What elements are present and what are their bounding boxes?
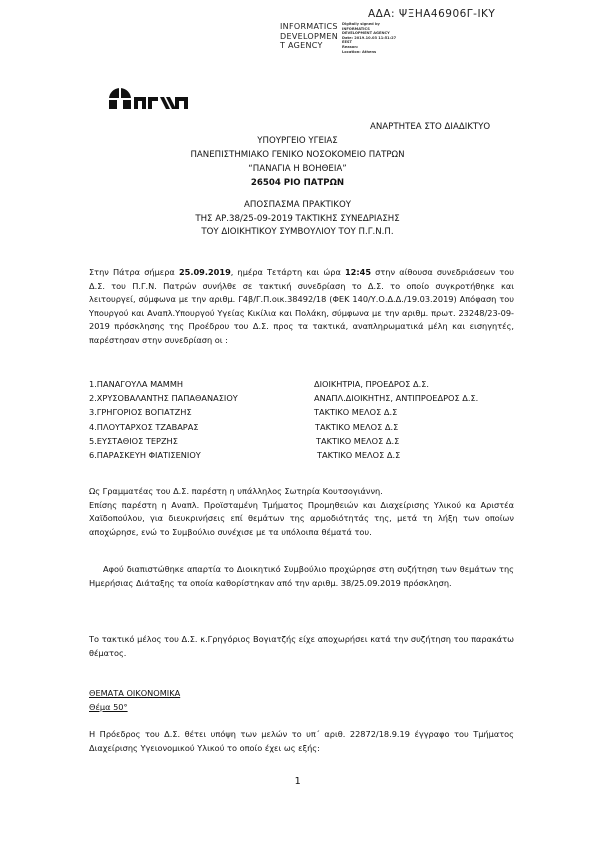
topic-number: Θέμα 50° [89,701,514,715]
hospital-name: “ΠΑΝΑΓΙΑ Η ΒΟΗΘΕΙΑ” [0,162,595,176]
section-heading: ΘΕΜΑΤΑ ΟΙΚΟΝΟΜΙΚΑ [89,687,514,701]
attendee-row: 5.ΕΥΣΤΑΘΙΟΣ ΤΕΡΖΗΣΤΑΚΤΙΚΟ ΜΕΛΟΣ Δ.Σ [89,434,478,448]
meeting-time: 12:45 [345,267,371,277]
page-number: 1 [0,776,595,787]
quorum-paragraph: Αφού διαπιστώθηκε απαρτία το Διοικητικό … [89,563,514,590]
post-online-tag: ΑΝΑΡΤΗΤΕΑ ΣΤΟ ΔΙΑΔΙΚΤΥΟ [370,122,490,132]
attendee-name: 5.ΕΥΣΤΑΘΙΟΣ ΤΕΡΖΗΣ [89,434,314,448]
hospital-full-name: ΠΑΝΕΠΙΣΤΗΜΙΑΚΟ ΓΕΝΙΚΟ ΝΟΣΟΚΟΜΕΙΟ ΠΑΤΡΩΝ [0,148,595,162]
attendee-name: 2.ΧΡΥΣΟΒΑΛΑΝΤΗΣ ΠΑΠΑΘΑΝΑΣΙΟΥ [89,391,314,405]
attendee-row: 4.ΠΛΟΥΤΑΡΧΟΣ ΤΖΑΒΑΡΑΣΤΑΚΤΙΚΟ ΜΕΛΟΣ Δ.Σ [89,420,478,434]
ida-stamp-label: INFORMATICS DEVELOPMEN T AGENCY [280,22,338,51]
attendee-name: 4.ΠΛΟΥΤΑΡΧΟΣ ΤΖΑΒΑΡΑΣ [89,420,314,434]
secretary-line: Ως Γραμματέας του Δ.Σ. παρέστη η υπάλληλ… [89,485,514,499]
digital-signature-details: Digitally signed by INFORMATICS DEVELOPM… [342,22,396,54]
attendees-list: 1.ΠΑΝΑΓΟΥΛΑ ΜΑΜΜΗΔΙΟΙΚΗΤΡΙΑ, ΠΡΟΕΔΡΟΣ Δ.… [89,377,478,462]
intro-text: στην αίθουσα συνεδριάσεων του Δ.Σ. του Π… [89,267,514,345]
hospital-logo-icon [109,87,189,109]
issuer-block: ΥΠΟΥΡΓΕΙΟ ΥΓΕΙΑΣ ΠΑΝΕΠΙΣΤΗΜΙΑΚΟ ΓΕΝΙΚΟ Ν… [0,134,595,190]
ida-line: T AGENCY [280,41,338,51]
attendance-note: Επίσης παρέστη η Αναπλ. Προϊσταμένη Τμήμ… [89,499,514,540]
topic-body: Η Πρόεδρος του Δ.Σ. θέτει υπόψη των μελώ… [89,728,514,755]
intro-text: Στην Πάτρα σήμερα [89,267,179,277]
meeting-date: 25.09.2019 [179,267,231,277]
attendee-role: ΤΑΚΤΙΚΟ ΜΕΛΟΣ Δ.Σ [314,434,399,448]
intro-paragraph: Στην Πάτρα σήμερα 25.09.2019, ημέρα Τετά… [89,266,514,347]
ida-line: INFORMATICS [280,22,338,32]
attendee-row: 1.ΠΑΝΑΓΟΥΛΑ ΜΑΜΜΗΔΙΟΙΚΗΤΡΙΑ, ΠΡΟΕΔΡΟΣ Δ.… [89,377,478,391]
attendee-role: ΔΙΟΙΚΗΤΡΙΑ, ΠΡΟΕΔΡΟΣ Δ.Σ. [314,377,429,391]
title-line-3: ΤΟΥ ΔΙΟΙΚΗΤΙΚΟΥ ΣΥΜΒΟΥΛΙΟΥ ΤΟΥ Π.Γ.Ν.Π. [0,226,595,240]
attendee-role: ΤΑΚΤΙΚΟ ΜΕΛΟΣ Δ.Σ [314,448,400,462]
ministry-name: ΥΠΟΥΡΓΕΙΟ ΥΓΕΙΑΣ [0,134,595,148]
departure-paragraph: Το τακτικό μέλος του Δ.Σ. κ.Γρηγόριος Βο… [89,633,514,660]
attendee-name: 3.ΓΡΗΓΟΡΙΟΣ ΒΟΓΙΑΤΖΗΣ [89,405,314,419]
attendee-name: 6.ΠΑΡΑΣΚΕΥΗ ΦΙΑΤΙΣΕΝΙΟΥ [89,448,314,462]
document-title: ΑΠΟΣΠΑΣΜΑ ΠΡΑΚΤΙΚΟΥ ΤΗΣ ΑΡ.38/25-09-2019… [0,199,595,240]
attendee-row: 6.ΠΑΡΑΣΚΕΥΗ ΦΙΑΤΙΣΕΝΙΟΥΤΑΚΤΙΚΟ ΜΕΛΟΣ Δ.Σ [89,448,478,462]
ada-code: ΑΔΑ: ΨΞΗΑ46906Γ-ΙΚΥ [368,8,495,20]
attendee-row: 3.ΓΡΗΓΟΡΙΟΣ ΒΟΓΙΑΤΖΗΣΤΑΚΤΙΚΟ ΜΕΛΟΣ Δ.Σ [89,405,478,419]
intro-text: , ημέρα Τετάρτη και ώρα [231,267,345,277]
financial-section: ΘΕΜΑΤΑ ΟΙΚΟΝΟΜΙΚΑ Θέμα 50° [89,687,514,714]
secretary-paragraph: Ως Γραμματέας του Δ.Σ. παρέστη η υπάλληλ… [89,485,514,539]
title-line-1: ΑΠΟΣΠΑΣΜΑ ΠΡΑΚΤΙΚΟΥ [0,199,595,213]
ida-line: DEVELOPMEN [280,32,338,42]
hospital-address: 26504 ΡΙΟ ΠΑΤΡΩΝ [0,176,595,190]
attendee-role: ΤΑΚΤΙΚΟ ΜΕΛΟΣ Δ.Σ [314,420,398,434]
attendee-role: ΤΑΚΤΙΚΟ ΜΕΛΟΣ Δ.Σ [314,405,397,419]
attendee-row: 2.ΧΡΥΣΟΒΑΛΑΝΤΗΣ ΠΑΠΑΘΑΝΑΣΙΟΥΑΝΑΠΛ.ΔΙΟΙΚΗ… [89,391,478,405]
signature-line: Location: Athens [342,50,396,55]
title-line-2: ΤΗΣ ΑΡ.38/25-09-2019 ΤΑΚΤΙΚΗΣ ΣΥΝΕΔΡΙΑΣΗ… [0,213,595,227]
attendee-name: 1.ΠΑΝΑΓΟΥΛΑ ΜΑΜΜΗ [89,377,314,391]
attendee-role: ΑΝΑΠΛ.ΔΙΟΙΚΗΤΗΣ, ΑΝΤΙΠΡΟΕΔΡΟΣ Δ.Σ. [314,391,478,405]
